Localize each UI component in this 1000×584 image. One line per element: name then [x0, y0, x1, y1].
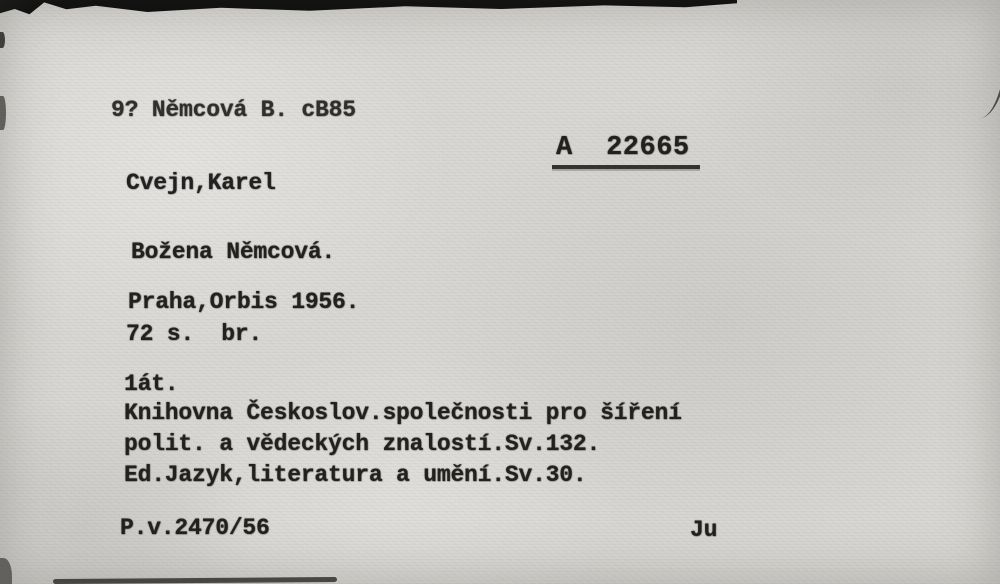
scan-edge-bottom-line	[53, 577, 337, 584]
record-number: P.v.2470/56	[120, 515, 270, 543]
author-line: Cvejn,Karel	[126, 170, 276, 198]
scan-edge-left-mark	[0, 96, 6, 130]
imprint-line: Praha,Orbis 1956.	[128, 289, 359, 317]
scan-edge-top-right	[976, 0, 1000, 118]
title-line: Božena Němcová.	[131, 239, 335, 267]
series-line-3: Ed.Jazyk,literatura a umění.Sv.30.	[124, 462, 586, 490]
accession-number: A 22665	[552, 132, 700, 169]
scan-edge-left-mark	[0, 32, 5, 48]
note-line: 1át.	[124, 371, 178, 399]
scan-edge-bottom-left	[0, 558, 12, 584]
catalog-card-scan: 9? Němcová B. cB85 A 22665 Cvejn,Karel B…	[0, 0, 1000, 584]
cataloguer-initials: Ju	[690, 517, 717, 545]
collation-line: 72 s. br.	[126, 321, 262, 349]
call-mark-heading: 9? Němcová B. cB85	[111, 97, 356, 125]
series-line-1: Knihovna Českoslov.společnosti pro šířen…	[124, 400, 682, 428]
scan-edge-top	[0, 0, 737, 15]
series-line-2: polit. a vědeckých znalostí.Sv.132.	[124, 431, 600, 459]
